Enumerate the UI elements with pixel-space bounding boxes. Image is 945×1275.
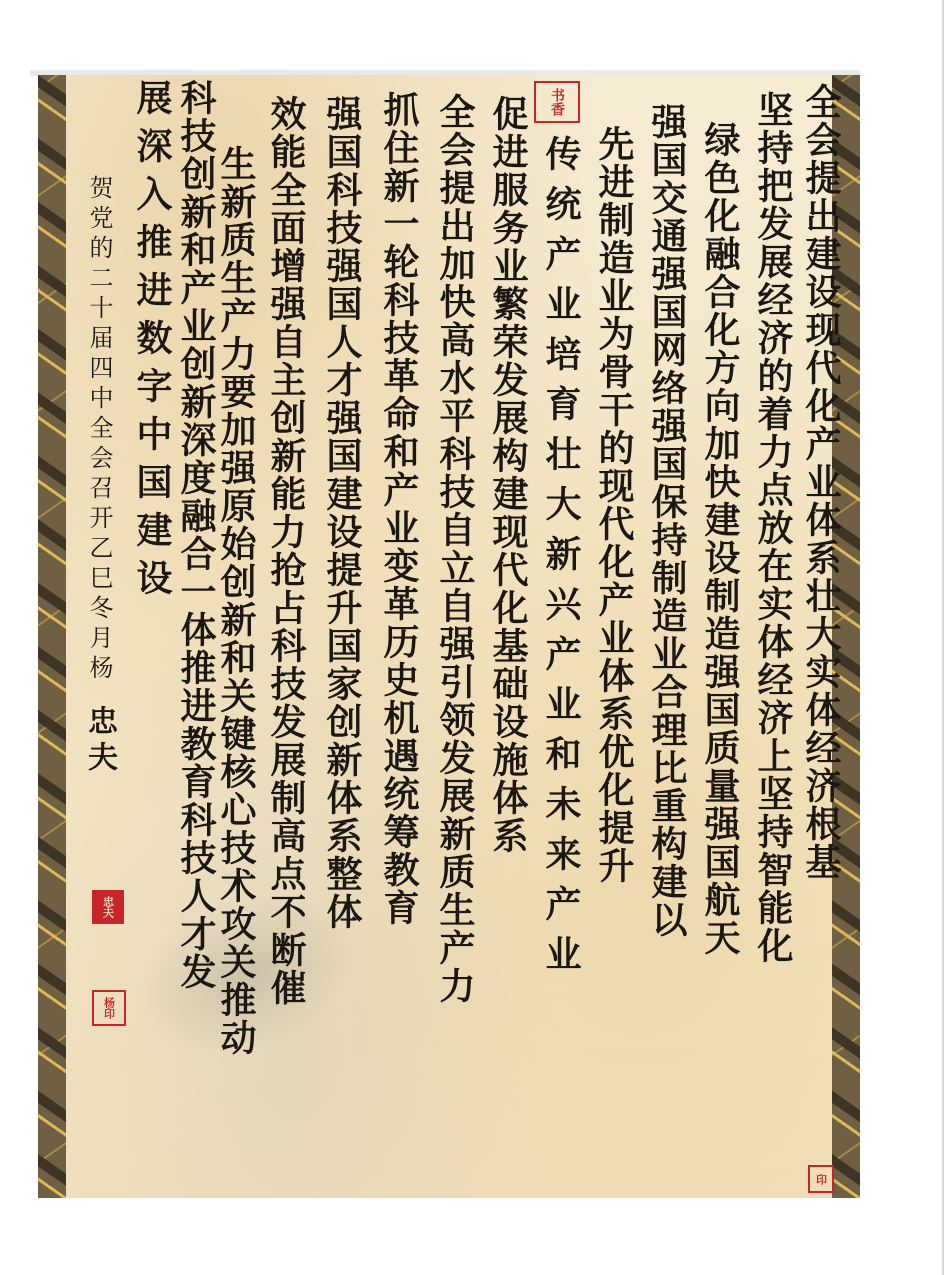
inscription-column: 贺党的二十届四中全会召开乙巳冬月杨忠夫 [84,175,114,777]
page-edge-rule [942,0,944,1275]
calligraphy-artwork: 全会提出建设现代化产业体系壮大实体经济根基 坚持把发展经济的着力点放在实体经济上… [38,75,860,1198]
seal-signature-2: 杨印 [92,990,126,1026]
text-column-5: 先进制造业为骨干的现代化产业体系优化提升 [596,125,632,885]
text-column-9: 抓住新一轮科技革命和产业变革历史机遇统筹教育 [381,91,417,927]
text-column-12: 生新质生产力要加强原始创新和关键核心技术攻关推动 [218,145,254,1057]
text-column-4: 强国交通强国网络强国保持制造业合理比重构建以 [649,103,685,939]
text-column-10: 强国科技强国人才强国建设提升国家创新体系整体 [324,95,360,931]
brocade-border-left [38,75,66,1198]
text-column-13: 科技创新和产业创新深度融合一体推进教育科技人才发 [178,79,214,991]
paper-panel: 全会提出建设现代化产业体系壮大实体经济根基 坚持把发展经济的着力点放在实体经济上… [66,75,832,1198]
seal-top-center: 书香 [534,81,580,123]
text-column-3: 绿色化融合化方向加快建设制造强国质量强国航天 [702,121,738,957]
text-column-2: 坚持把发展经济的着力点放在实体经济上坚持智能化 [755,91,791,965]
text-column-7: 促进服务业繁荣发展构建现代化基础设施体系 [490,95,526,855]
text-column-14: 展深入推进数字中国建设 [134,79,170,607]
seal-bottom-right: 印 [808,1165,834,1193]
text-column-11: 效能全面增强自主创新能力抢占科技发展制高点不断催 [268,95,304,1007]
text-column-6: 传统产业培育壮大新兴产业和未来产业 [543,135,579,985]
text-column-8: 全会提出加快高水平科技自立自强引领发展新质生产力 [437,93,473,1005]
seal-signature-1: 忠夫 [92,890,124,924]
inscription-text: 贺党的二十届四中全会召开乙巳冬月杨 [85,175,113,685]
text-column-1: 全会提出建设现代化产业体系壮大实体经济根基 [803,83,839,881]
signature-text: 忠夫 [82,705,117,777]
